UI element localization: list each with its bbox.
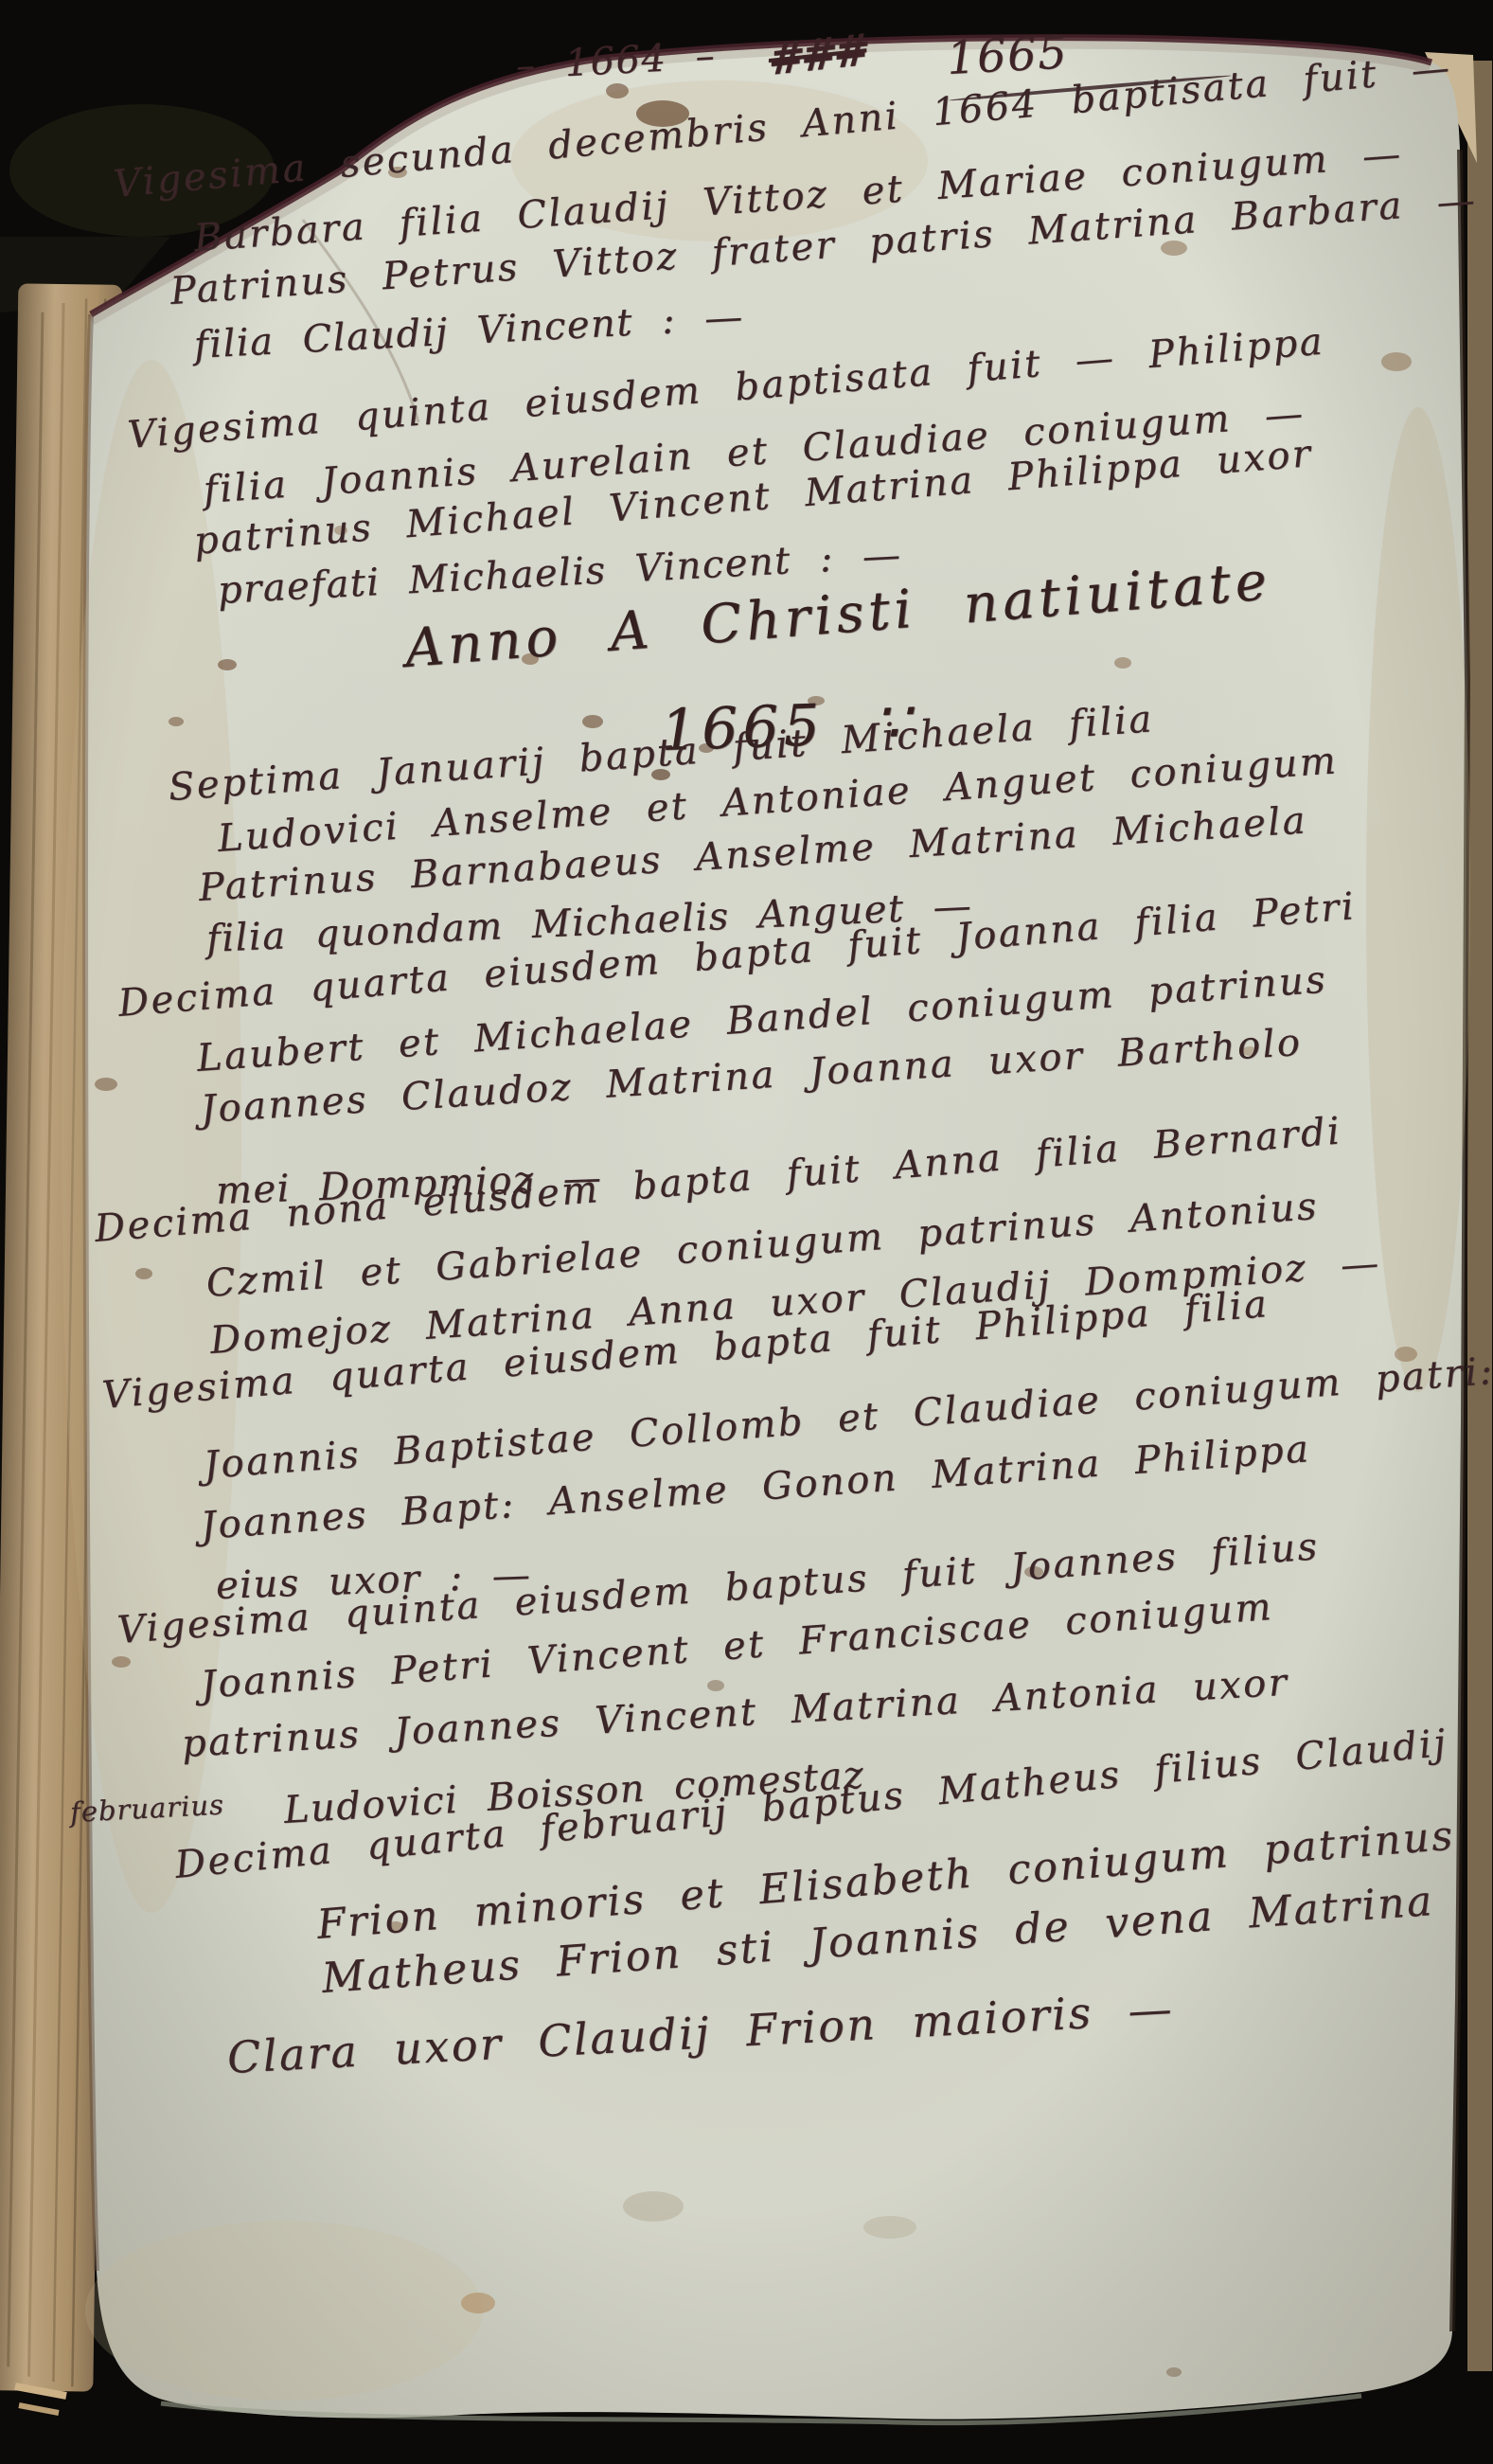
header-tally-mark: ### — [768, 27, 867, 81]
margin-note-februarius: februarius — [69, 1791, 224, 1826]
handwritten-text-layer: – 1664 – ### 1665 Vigesima secunda decem… — [0, 0, 1493, 2464]
manuscript-photo: – 1664 – ### 1665 Vigesima secunda decem… — [0, 0, 1493, 2464]
header-year-1665: 1665 — [946, 29, 1069, 81]
entry-line: filia Claudij Vincent : — — [193, 298, 745, 365]
entry-line: Clara uxor Claudij Frion maioris — — [226, 1987, 1175, 2080]
header-year-1664: – 1664 – — [515, 37, 717, 85]
